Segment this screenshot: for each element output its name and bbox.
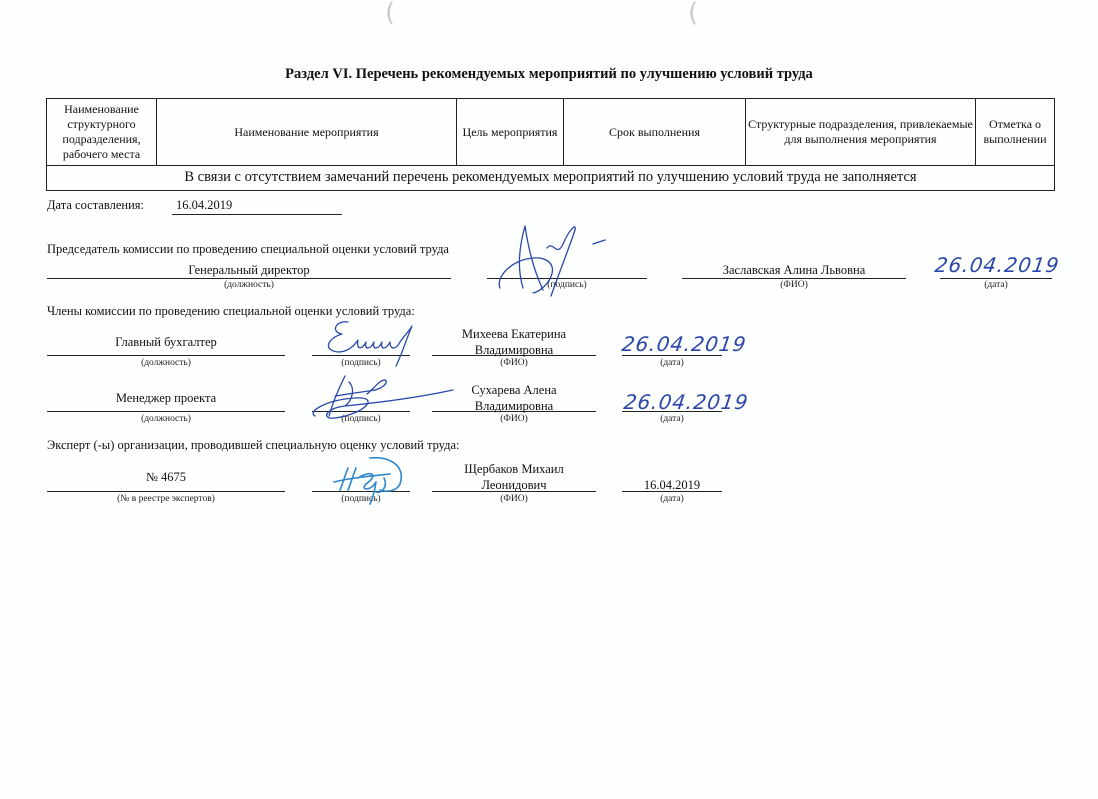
divider bbox=[432, 355, 596, 356]
member-position: Главный бухгалтер bbox=[47, 335, 285, 350]
compiled-label: Дата составления: bbox=[47, 198, 144, 213]
caption-fio: (ФИО) bbox=[432, 414, 596, 424]
caption-fio: (ФИО) bbox=[432, 494, 596, 504]
divider bbox=[172, 214, 342, 215]
expert-name-line1: Щербаков Михаил bbox=[432, 462, 596, 477]
chairman-signature-icon bbox=[495, 218, 645, 298]
expert-signature-icon bbox=[330, 456, 420, 504]
compiled-date: 16.04.2019 bbox=[176, 198, 232, 213]
punch-hole-mark: ( bbox=[688, 0, 698, 28]
member-position: Менеджер проекта bbox=[47, 391, 285, 406]
member-handwritten-date: 26.04.2019 bbox=[620, 332, 748, 356]
table-row: В связи с отсутствием замечаний перечень… bbox=[47, 166, 1055, 191]
measures-table: Наименование структурного подразделения,… bbox=[46, 98, 1055, 191]
note-cell: В связи с отсутствием замечаний перечень… bbox=[47, 166, 1055, 191]
col-header-goal: Цель мероприятия bbox=[457, 99, 564, 166]
expert-heading: Эксперт (-ы) организации, проводившей сп… bbox=[47, 438, 460, 453]
divider bbox=[682, 278, 906, 279]
col-header-measure: Наименование мероприятия bbox=[157, 99, 457, 166]
caption-position: (должность) bbox=[47, 414, 285, 424]
member-signature-icon bbox=[318, 316, 438, 366]
divider bbox=[47, 491, 285, 492]
chairman-heading: Председатель комиссии по проведению спец… bbox=[47, 242, 449, 257]
caption-registry: (№ в реестре экспертов) bbox=[47, 494, 285, 504]
member-name-line1: Сухарева Алена bbox=[432, 383, 596, 398]
divider bbox=[940, 278, 1052, 279]
divider bbox=[47, 278, 451, 279]
col-header-deadline: Срок выполнения bbox=[564, 99, 746, 166]
col-header-departments: Структурные подразделения, привлекаемые … bbox=[746, 99, 976, 166]
table-header-row: Наименование структурного подразделения,… bbox=[47, 99, 1055, 166]
divider bbox=[47, 411, 285, 412]
divider bbox=[47, 355, 285, 356]
divider bbox=[622, 355, 722, 356]
member-name-line1: Михеева Екатерина bbox=[432, 327, 596, 342]
caption-fio: (ФИО) bbox=[682, 280, 906, 290]
punch-hole-mark: ( bbox=[385, 0, 395, 28]
expert-registry-number: № 4675 bbox=[47, 470, 285, 485]
section-title: Раздел VI. Перечень рекомендуемых меропр… bbox=[0, 66, 1098, 83]
caption-position: (должность) bbox=[47, 358, 285, 368]
caption-date: (дата) bbox=[622, 358, 722, 368]
caption-fio: (ФИО) bbox=[432, 358, 596, 368]
col-header-unit: Наименование структурного подразделения,… bbox=[47, 99, 157, 166]
divider bbox=[622, 411, 722, 412]
divider bbox=[432, 411, 596, 412]
caption-position: (должность) bbox=[47, 280, 451, 290]
divider bbox=[432, 491, 596, 492]
caption-date: (дата) bbox=[940, 280, 1052, 290]
col-header-completion: Отметка о выполнении bbox=[976, 99, 1055, 166]
chairman-position: Генеральный директор bbox=[47, 263, 451, 278]
chairman-handwritten-date: 26.04.2019 bbox=[933, 253, 1061, 277]
chairman-name: Заславская Алина Львовна bbox=[682, 263, 906, 278]
divider bbox=[622, 491, 722, 492]
caption-date: (дата) bbox=[622, 494, 722, 504]
caption-date: (дата) bbox=[622, 414, 722, 424]
